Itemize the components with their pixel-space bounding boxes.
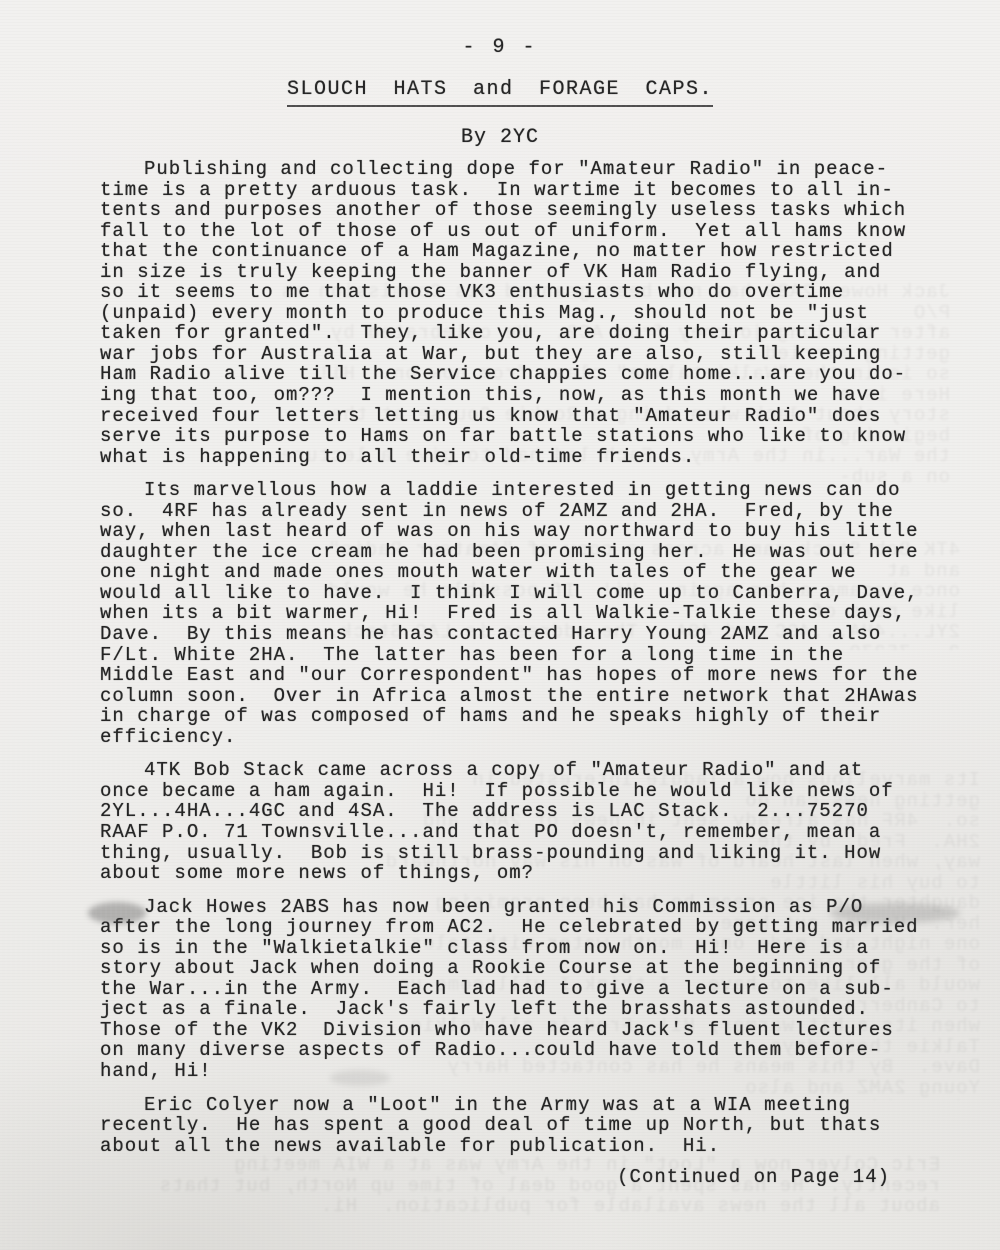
scanned-magazine-page: Jack Howes 2ABS has now been granted his… <box>0 0 1000 1250</box>
article-paragraph: Publishing and collecting dope for "Amat… <box>100 159 948 467</box>
article-paragraph: 4TK Bob Stack came across a copy of "Ama… <box>100 760 948 883</box>
byline: By 2YC <box>0 126 1000 149</box>
article-header: SLOUCH HATS and FORAGE CAPS. <box>0 78 1000 107</box>
article-title: SLOUCH HATS and FORAGE CAPS. <box>287 78 713 107</box>
continuation-note: (Continued on Page 14) <box>100 1167 948 1188</box>
article-paragraph: Eric Colyer now a "Loot" in the Army was… <box>100 1095 948 1157</box>
page-number: - 9 - <box>0 36 1000 59</box>
article-paragraph: Its marvellous how a laddie interested i… <box>100 480 948 747</box>
article-body: Publishing and collecting dope for "Amat… <box>100 159 948 1201</box>
article-paragraph: Jack Howes 2ABS has now been granted his… <box>100 897 948 1082</box>
